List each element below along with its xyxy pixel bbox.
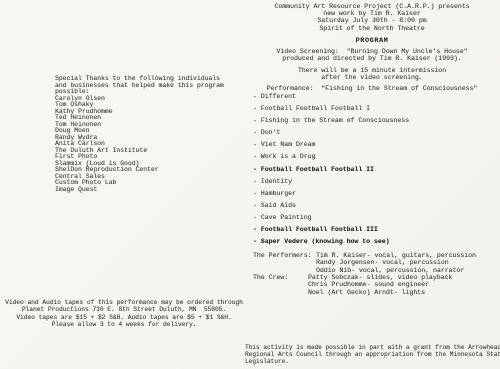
special-thanks-header: Special Thanks to the following individu… <box>55 76 224 96</box>
video-screening-section: Video Screening: "Burning Down My Uncle'… <box>246 48 498 62</box>
event-header: Community Art Resource Project (C.A.R.P.… <box>246 3 498 32</box>
event-header-line: Spirit of the North Theatre <box>246 25 498 32</box>
performers-label: The Performers: <box>253 252 316 274</box>
program-set-item: - Said Aids <box>253 203 409 210</box>
grant-funding-line: This activity is made possible in part w… <box>245 344 498 351</box>
program-set-item: - Football Football Football I <box>253 106 409 113</box>
tape-ordering-line: Video tapes are $15 + $2 S&H. Audio tape… <box>2 314 246 321</box>
special-thanks-name: Image Quest <box>55 187 224 194</box>
crew-line: Chris Prudhomme- sound engineer <box>308 281 452 288</box>
tape-ordering-note: Video and Audio tapes of this performanc… <box>2 299 246 329</box>
performers-section: The Performers: Tim R. Kaiser- vocal, gu… <box>253 252 476 274</box>
program-set-item: - Different <box>253 94 409 101</box>
program-set-item: - Football Football Football II <box>253 167 409 174</box>
video-screening-line: Video Screening: "Burning Down My Uncle'… <box>246 48 498 55</box>
program-set-item: - Hamburger <box>253 191 409 198</box>
video-screening-line: produced and directed by Tim R. Kaiser (… <box>246 55 498 62</box>
crew-lines: Patty Sobczak- slides, video playbackChr… <box>308 274 452 296</box>
performers-lines: Tim R. Kaiser- vocal, guitars, percussio… <box>316 252 476 274</box>
intermission-line: There will be a 15 minute intermission <box>246 67 498 74</box>
special-thanks-section: Special Thanks to the following individu… <box>55 76 224 193</box>
program-set-item: - Identity <box>253 179 409 186</box>
grant-funding-note: This activity is made possible in part w… <box>245 344 498 365</box>
intermission-line: after the video screening. <box>246 74 498 81</box>
intermission-note: There will be a 15 minute intermissionaf… <box>246 67 498 81</box>
program-set-item: - Cave Painting <box>253 215 409 222</box>
program-set-list: - Different- Football Football Football … <box>253 94 409 251</box>
program-title: PROGRAM <box>246 37 498 45</box>
crew-section: The Crew: Patty Sobczak- slides, video p… <box>253 274 452 296</box>
tape-ordering-line: Please allow 3 to 4 weeks for delivery. <box>2 321 246 328</box>
grant-funding-line: Legislature. <box>245 358 498 365</box>
program-set-item: - Football Football Football III <box>253 227 409 234</box>
program-set-item: - Viet Nam Dream <box>253 142 409 149</box>
special-thanks-names: Carolyn OlsenTom OshakyKathy PrudhommeTe… <box>55 96 224 194</box>
event-header-line: Saturday July 30th - 8:00 pm <box>246 17 498 24</box>
performer-line: Oddio Nib- vocal, percussion, narrator <box>316 267 476 274</box>
scanned-program-page: Special Thanks to the following individu… <box>0 0 500 369</box>
program-set-item: - Work is a Drug <box>253 154 409 161</box>
program-set-item: - Don't <box>253 130 409 137</box>
performer-line: Randy Jorgensen- vocal, percussion <box>316 259 476 266</box>
grant-funding-line: Regional Arts Council through an appropr… <box>245 351 498 358</box>
tape-ordering-line: Planet Productions 710 E. 8th Street Dul… <box>2 306 246 313</box>
program-set-item: - Fishing in the Stream of Consciousness <box>253 118 409 125</box>
performance-title: Performance: "Fishing in the Stream of C… <box>246 85 498 92</box>
crew-line: Noel (Art Gecko) Arndt- lights <box>308 289 452 296</box>
crew-label: The Crew: <box>253 274 308 296</box>
tape-ordering-line: Video and Audio tapes of this performanc… <box>2 299 246 306</box>
program-set-item: - Saper Vedere (knowing how to see) <box>253 239 409 246</box>
